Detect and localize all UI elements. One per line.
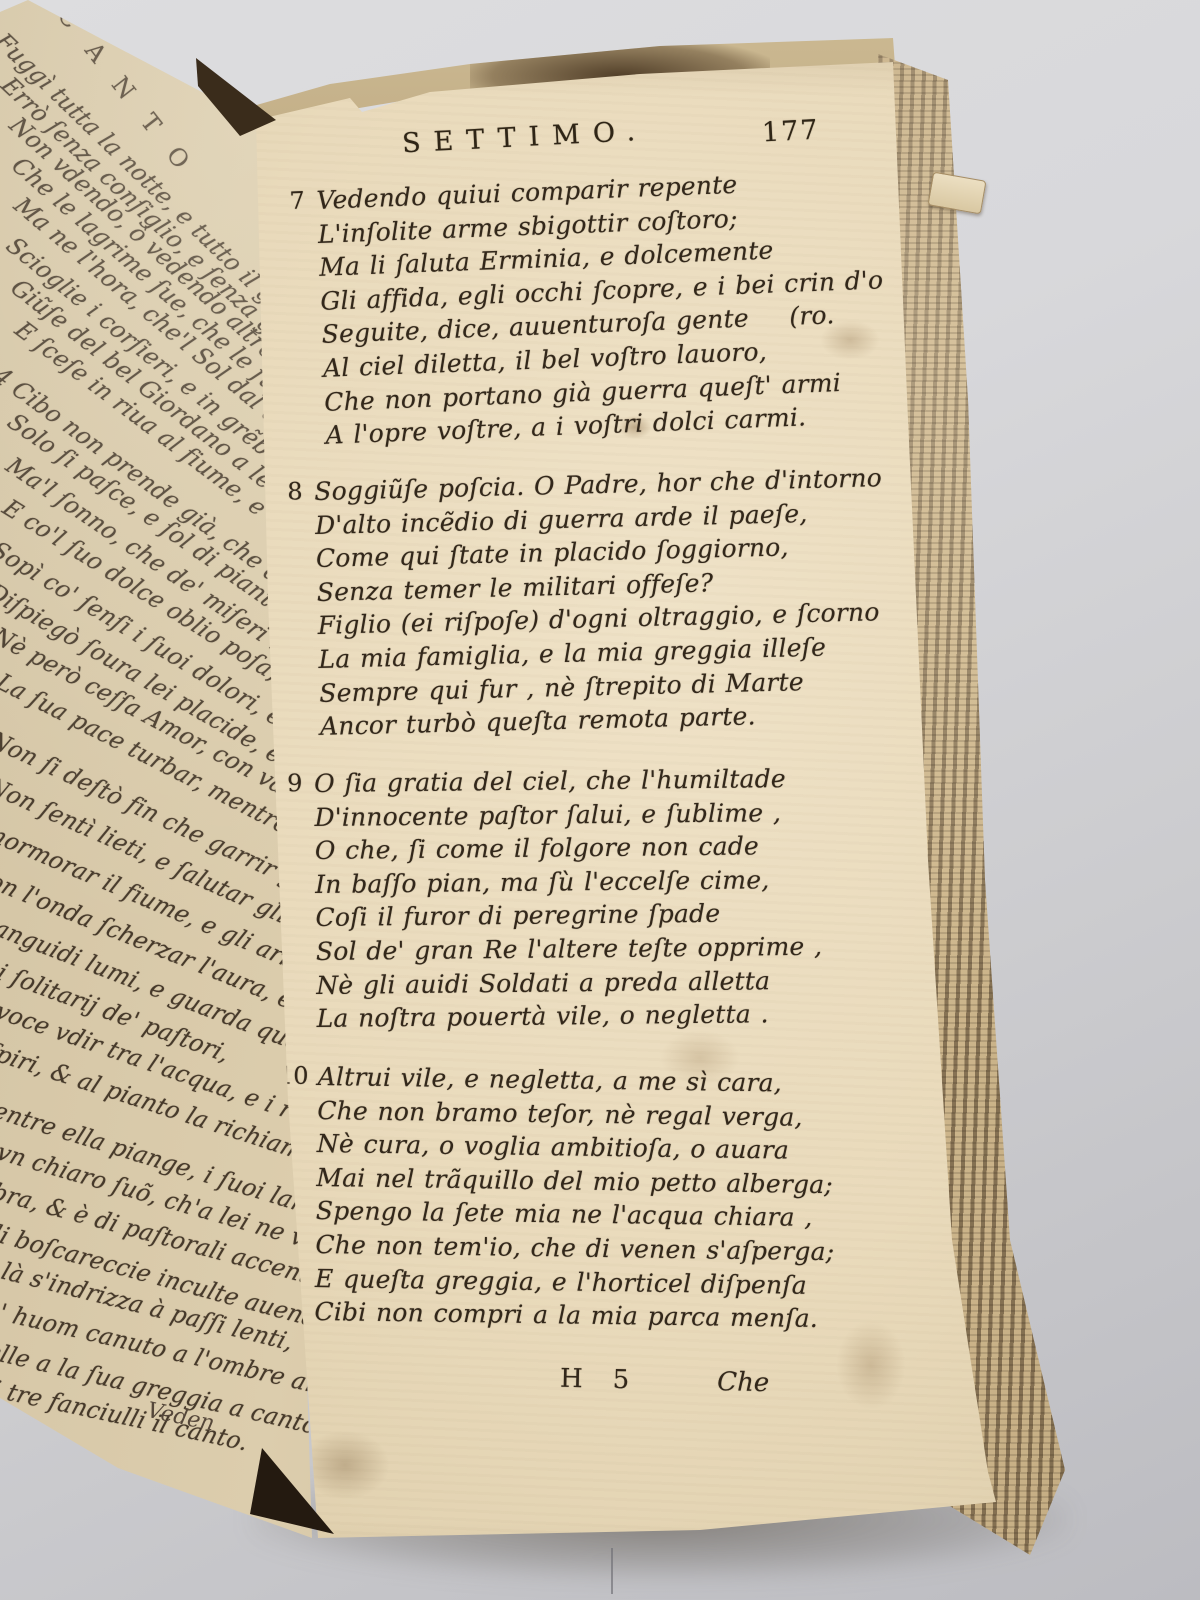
verse-line: mbra, & è di paſtorali accenti bbox=[0, 1172, 322, 1291]
page-number: 177 bbox=[761, 115, 820, 149]
verse-line: mentre ella piange, i ſuoi lam bbox=[0, 1090, 319, 1220]
verse-line: e là s'indrizza à paſſi lenti, bbox=[0, 1252, 298, 1356]
book-photo: CANTO Fuggì tutta la notte, e tutto il g… bbox=[0, 0, 1200, 1600]
verse-line: La noſtra pouertà vile, o negletta . bbox=[316, 998, 926, 1038]
stanza-8: 8Soggiũſe poſcia. O Padre, hor che d'int… bbox=[314, 462, 930, 746]
verse-line: O ſia gratia del ciel, che l'humiltade bbox=[314, 764, 786, 798]
stanza-7: 7Vedendo quiui comparir repente L'inſoli… bbox=[316, 163, 936, 455]
catchword: Veden bbox=[145, 1398, 217, 1437]
stanza-10: 10Altrui vile, e negletta, a me sì cara,… bbox=[314, 1062, 928, 1339]
catchword: Che bbox=[717, 1367, 770, 1398]
verse-line: vn' huom canuto a l'ombre am bbox=[0, 1292, 332, 1401]
verse-line: e di boſcareccie inculte auena; bbox=[0, 1212, 329, 1335]
verse-line: i languidi lumi, e guarda quelli bbox=[0, 906, 328, 1065]
turnover-text: (ro. bbox=[789, 300, 835, 331]
signature-line: H5Che bbox=[560, 1364, 770, 1398]
verse-line: Altrui vile, e negletta, a me sì cara, bbox=[318, 1062, 782, 1097]
signature-number: 5 bbox=[612, 1365, 629, 1395]
stanza-number: 8 bbox=[287, 477, 303, 505]
verse-line: ghi ſolitarij de' paſtori, bbox=[0, 948, 235, 1068]
verse-line: ſcelle a la ſua greggia a canto, bbox=[0, 1332, 329, 1442]
stanza-number: 9 bbox=[287, 769, 303, 797]
background-scratch bbox=[611, 1548, 613, 1594]
verse-line: di tre fanciulli il canto. bbox=[0, 1372, 252, 1456]
verse-line: ſoſpiri, & al pianto la richiami. bbox=[0, 1030, 323, 1170]
signature-mark: H bbox=[560, 1364, 583, 1394]
left-running-title: CANTO bbox=[52, 2, 211, 194]
stanza-number: 7 bbox=[289, 186, 306, 215]
stanza-9: 9O ſia gratia del ciel, che l'humiltade … bbox=[314, 763, 927, 1038]
